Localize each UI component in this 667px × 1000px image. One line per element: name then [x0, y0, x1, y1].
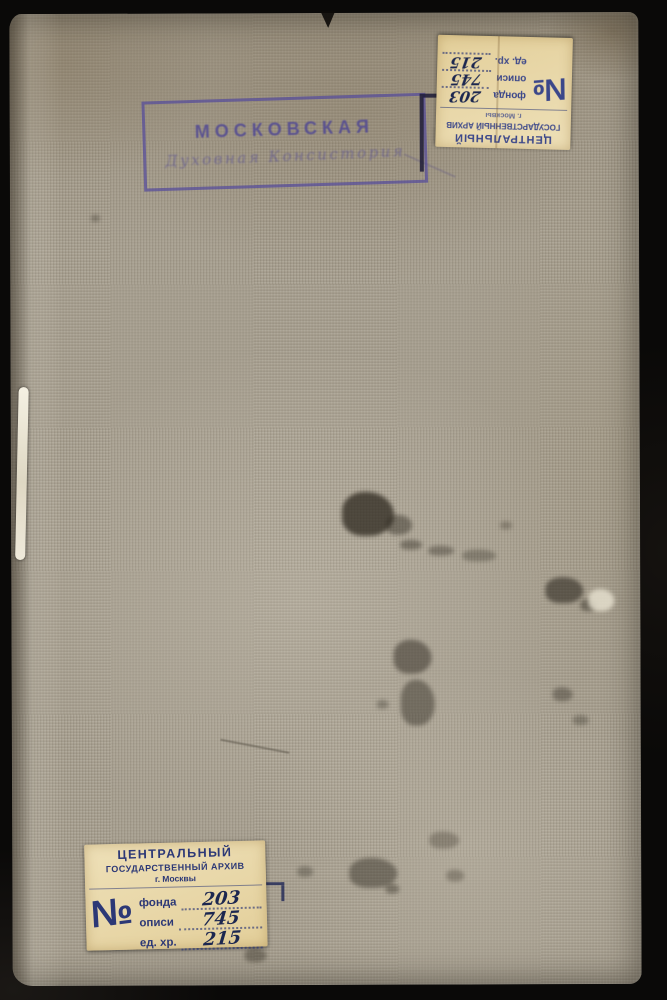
field-row: ед. хр. 215 [442, 54, 527, 73]
archive-label-fields: № фонда 203 описи 745 ед. хр. 215 [436, 54, 572, 110]
handwritten-value: 745 [450, 70, 484, 88]
field-label: фонда [139, 896, 177, 909]
stain [400, 540, 422, 550]
archive-book-cover-photo: МОСКОВСКАЯ Духовная Консистория ЦЕНТРАЛЬ… [0, 0, 667, 1000]
stain [245, 948, 267, 962]
stain [462, 549, 496, 561]
stain [393, 640, 431, 674]
field-label: описи [496, 72, 526, 84]
archive-label-header: ЦЕНТРАЛЬНЫЙ ГОСУДАРСТВЕННЫЙ АРХИВ г. Мос… [84, 840, 266, 886]
archive-label-fields: № фонда 203 описи 745 ед. хр. 215 [85, 885, 267, 951]
field-label: описи [139, 916, 174, 929]
field-rows: фонда 203 описи 745 ед. хр. 215 [139, 887, 263, 950]
burlap-book-cover: МОСКОВСКАЯ Духовная Консистория ЦЕНТРАЛЬ… [9, 12, 641, 986]
stain [446, 870, 464, 882]
field-line: 215 [442, 52, 490, 72]
stain [377, 700, 389, 709]
pencil-mark [220, 739, 289, 754]
field-row: описи 745 [442, 71, 527, 90]
field-line: 203 [441, 86, 488, 106]
field-label: ед. хр. [140, 936, 177, 949]
handwritten-value: 203 [202, 887, 242, 910]
stain [553, 687, 573, 701]
field-rows: фонда 203 описи 745 ед. хр. 215 [441, 54, 527, 107]
handwritten-value: 215 [449, 53, 483, 71]
field-row: фонда 203 [441, 88, 526, 107]
stain [428, 546, 454, 556]
stain [429, 832, 459, 849]
stamp-text-line1: МОСКОВСКАЯ [194, 116, 374, 143]
stain [386, 515, 412, 535]
fabric-notch [320, 11, 335, 28]
torn-light-patch [588, 589, 614, 611]
archive-label-header: ЦЕНТРАЛЬНЫЙ ГОСУДАРСТВЕННЫЙ АРХИВ г. Мос… [435, 110, 571, 150]
stain [500, 521, 512, 529]
stain [401, 680, 435, 726]
consistory-stamp: МОСКОВСКАЯ Духовная Консистория [141, 93, 428, 192]
handwritten-value: 215 [202, 927, 242, 950]
stain [91, 215, 100, 222]
stain [385, 884, 399, 894]
archive-label-top: ЦЕНТРАЛЬНЫЙ ГОСУДАРСТВЕННЫЙ АРХИВ г. Мос… [435, 35, 573, 150]
field-line: 215 [181, 927, 262, 950]
handwritten-value: 203 [448, 87, 482, 105]
stain [545, 577, 583, 603]
number-sign: № [90, 891, 134, 934]
archive-label-bottom: ЦЕНТРАЛЬНЫЙ ГОСУДАРСТВЕННЫЙ АРХИВ г. Мос… [84, 840, 268, 950]
stain [297, 866, 313, 877]
handwritten-value: 745 [201, 907, 241, 930]
field-label: ед. хр. [495, 55, 527, 67]
stain [573, 715, 589, 725]
stamp-text-line2: Духовная Консистория [165, 142, 406, 170]
number-sign: № [532, 73, 567, 107]
